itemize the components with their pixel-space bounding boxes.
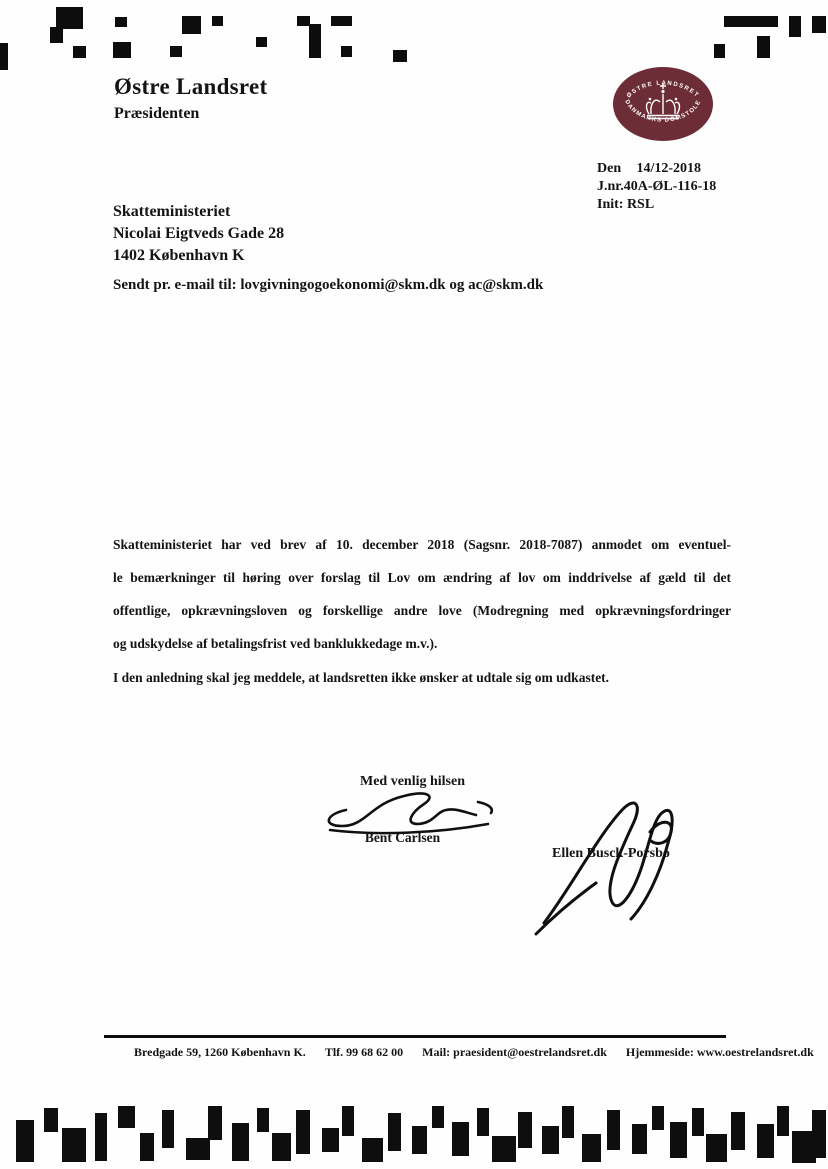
footer-web: Hjemmeside: www.oestrelandsret.dk bbox=[626, 1045, 814, 1060]
body-line: og udskydelse af betalingsfrist ved bank… bbox=[113, 627, 731, 660]
signer-name-1: Bent Carlsen bbox=[330, 830, 475, 846]
meta-block: Den 14/12-2018 J.nr.40A-ØL-116-18 Init: … bbox=[597, 160, 716, 214]
body-line: le bemærkninger til høring over forslag … bbox=[113, 561, 731, 594]
body-line: Skatteministeriet har ved brev af 10. de… bbox=[113, 528, 731, 561]
footer-rule bbox=[104, 1035, 726, 1038]
recipient-city: 1402 København K bbox=[113, 245, 284, 267]
body-paragraph-2: I den anledning skal jeg meddele, at lan… bbox=[113, 661, 753, 694]
scanned-letter-page: Østre Landsret Præsidenten ØSTRE LANDSRE… bbox=[0, 0, 828, 1169]
court-seal: ØSTRE LANDSRET DANMARKS DOMSTOLE bbox=[607, 61, 719, 147]
recipient-name: Skatteministeriet bbox=[113, 201, 284, 223]
letterhead-org: Østre Landsret bbox=[114, 74, 268, 100]
footer-contact-line: Bredgade 59, 1260 København K. Tlf. 99 6… bbox=[134, 1045, 734, 1060]
footer-address: Bredgade 59, 1260 København K. bbox=[134, 1045, 306, 1060]
recipient-street: Nicolai Eigtveds Gade 28 bbox=[113, 223, 284, 245]
signature-ellen-busck-porsbo bbox=[534, 788, 694, 936]
scan-artifacts-bottom bbox=[0, 1098, 828, 1169]
body-line: offentlige, opkrævningsloven og forskell… bbox=[113, 594, 731, 627]
letterhead-dept: Præsidenten bbox=[114, 105, 199, 123]
recipient-block: Skatteministeriet Nicolai Eigtveds Gade … bbox=[113, 201, 284, 267]
initials: Init: RSL bbox=[597, 196, 716, 214]
date-label: Den bbox=[597, 160, 633, 178]
journal-number: J.nr.40A-ØL-116-18 bbox=[597, 178, 716, 196]
date-value: 14/12-2018 bbox=[637, 161, 702, 176]
sent-by-email-line: Sendt pr. e-mail til: lovgivningogoekono… bbox=[113, 277, 543, 294]
footer-phone: Tlf. 99 68 62 00 bbox=[325, 1045, 403, 1060]
body-paragraph-1: Skatteministeriet har ved brev af 10. de… bbox=[113, 528, 731, 660]
scan-artifacts-top bbox=[0, 0, 828, 70]
footer-mail: Mail: praesident@oestrelandsret.dk bbox=[422, 1045, 607, 1060]
date-line: Den 14/12-2018 bbox=[597, 160, 716, 178]
